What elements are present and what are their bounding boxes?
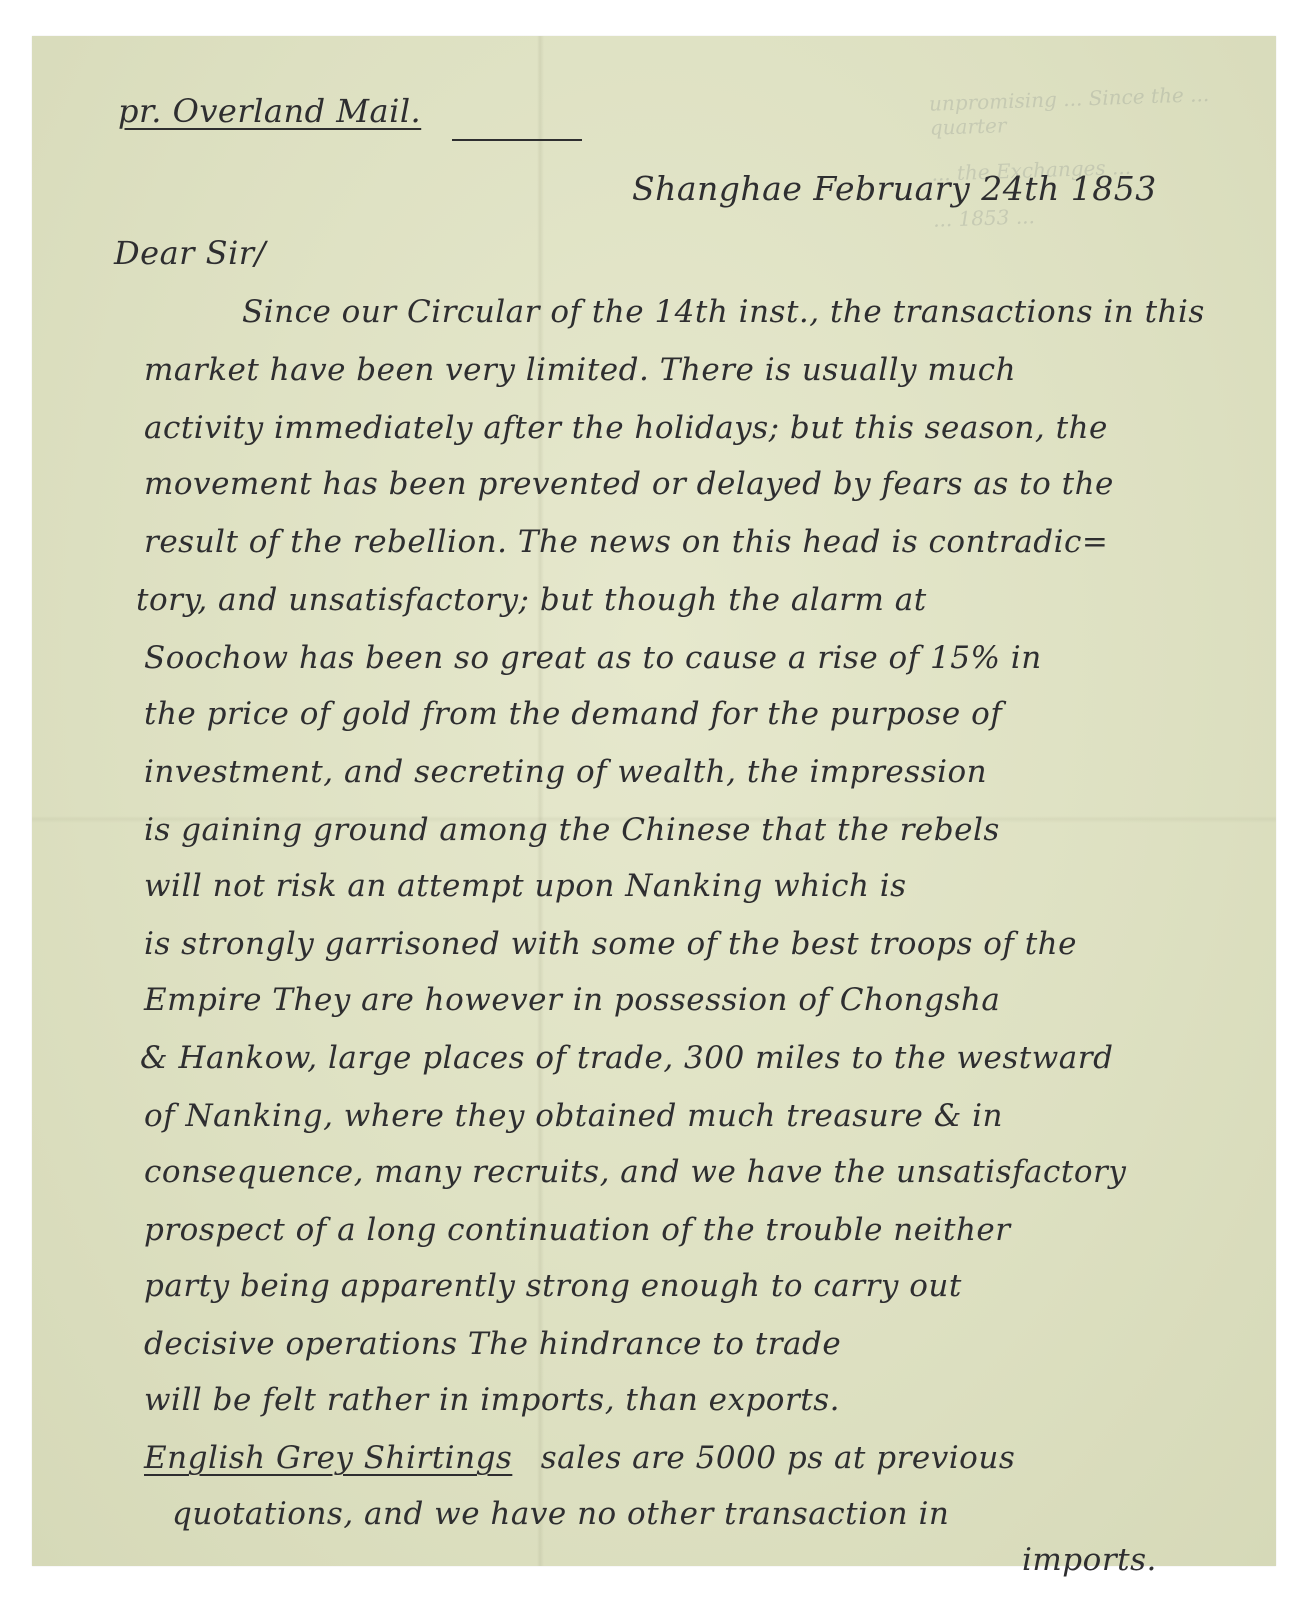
body-line: movement has been prevented or delayed b… xyxy=(144,466,1114,502)
section-line: English Grey Shirtings sales are 5000 ps… xyxy=(144,1440,1015,1476)
body-line: investment, and secreting of wealth, the… xyxy=(144,754,987,790)
section-line: imports. xyxy=(1022,1542,1157,1578)
body-line: party being apparently strong enough to … xyxy=(144,1268,962,1304)
body-line: the price of gold from the demand for th… xyxy=(144,696,1002,732)
routing-rule xyxy=(452,139,582,141)
body-line: is strongly garrisoned with some of the … xyxy=(144,926,1077,962)
show-through-line: unpromising ... Since the ... quarter xyxy=(929,80,1260,139)
body-line: tory, and unsatisfactory; but though the… xyxy=(136,582,927,618)
section-heading: English Grey Shirtings xyxy=(144,1440,512,1476)
body-line: & Hankow, large places of trade, 300 mil… xyxy=(140,1040,1113,1076)
salutation: Dear Sir/ xyxy=(114,234,266,272)
body-line: prospect of a long continuation of the t… xyxy=(144,1212,1011,1248)
body-line: Empire They are however in possession of… xyxy=(144,982,1000,1018)
body-line: activity immediately after the holidays;… xyxy=(144,410,1108,446)
body-line: consequence, many recruits, and we have … xyxy=(144,1154,1126,1190)
body-line: Since our Circular of the 14th inst., th… xyxy=(242,294,1205,330)
body-line: Soochow has been so great as to cause a … xyxy=(144,640,1042,676)
routing-text: pr. Overland Mail. xyxy=(118,92,421,130)
section-line: quotations, and we have no other transac… xyxy=(172,1496,949,1532)
body-line: will be felt rather in imports, than exp… xyxy=(144,1382,840,1418)
routing-line: pr. Overland Mail. xyxy=(118,92,421,130)
body-line: result of the rebellion. The news on thi… xyxy=(144,524,1108,560)
body-line: is gaining ground among the Chinese that… xyxy=(144,812,1000,848)
body-line: of Nanking, where they obtained much tre… xyxy=(144,1098,1003,1134)
body-line: decisive operations The hindrance to tra… xyxy=(144,1326,841,1362)
body-line: will not risk an attempt upon Nanking wh… xyxy=(144,868,907,904)
place-date: Shanghae February 24th 1853 xyxy=(632,169,1157,208)
section-text: sales are 5000 ps at previous xyxy=(541,1440,1016,1476)
body-line: market have been very limited. There is … xyxy=(144,352,1016,388)
letter-paper: unpromising ... Since the ... quarter ..… xyxy=(32,36,1276,1566)
